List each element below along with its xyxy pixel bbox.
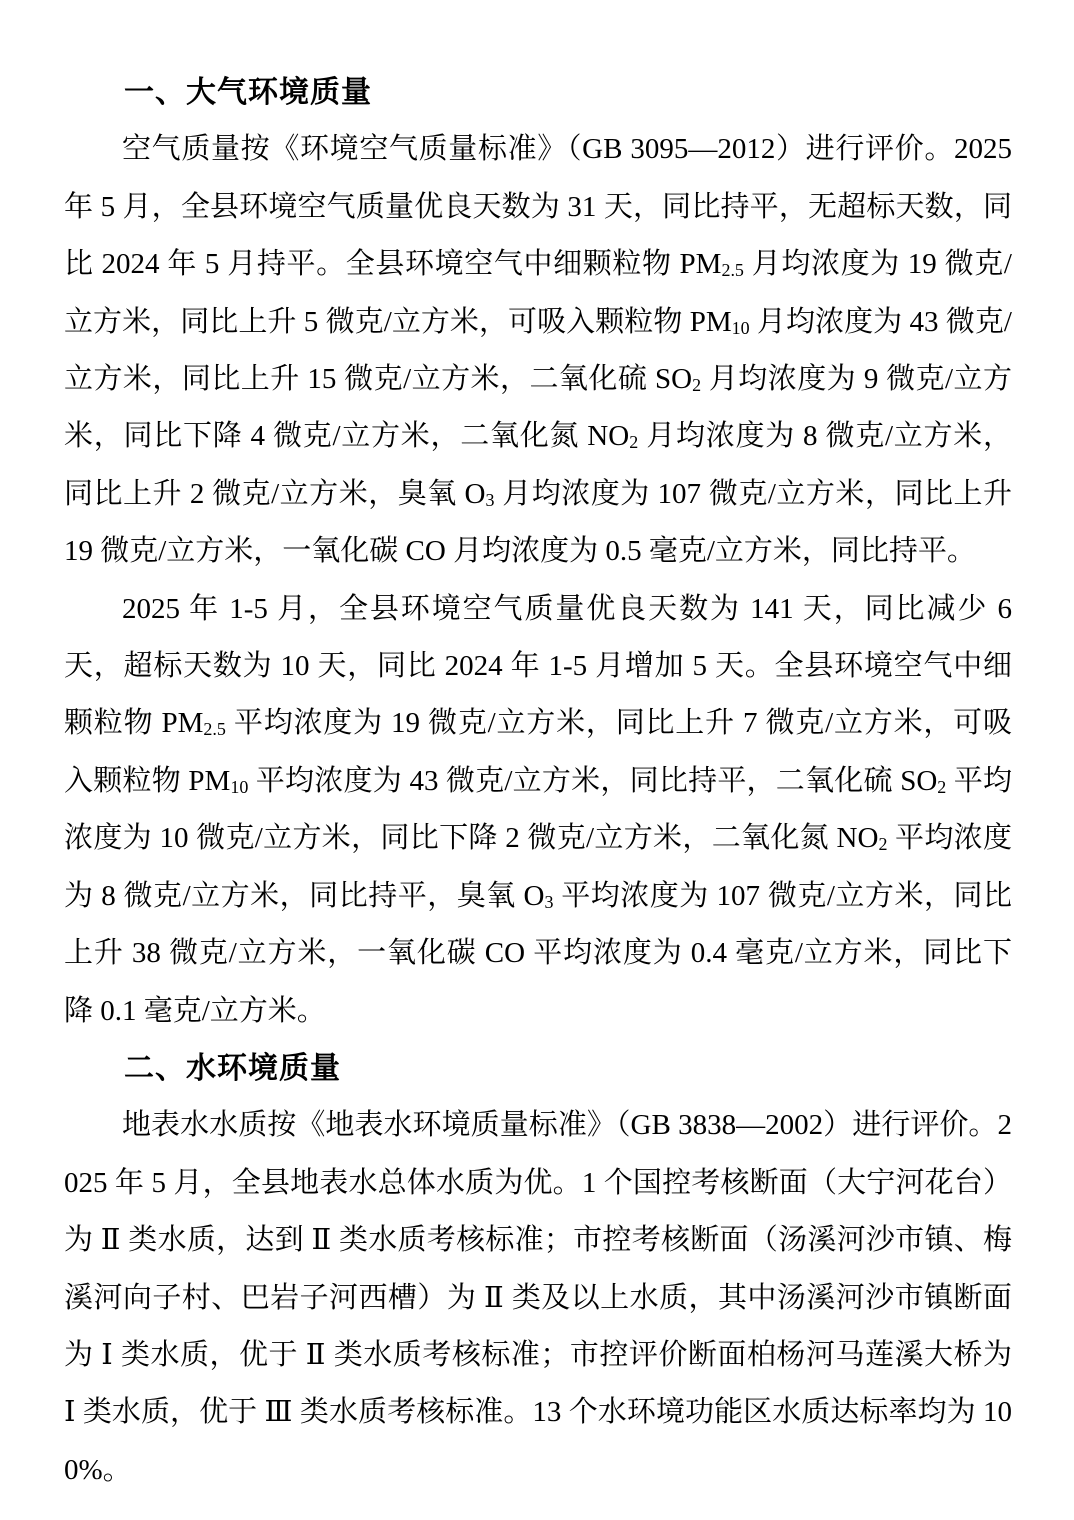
section-heading-water-quality: 二、水环境质量 [64, 1040, 1012, 1097]
subscript-text: 2 [937, 777, 946, 797]
paragraph-air-quality-cumulative: 2025 年 1-5 月，全县环境空气质量优良天数为 141 天，同比减少 6 … [64, 581, 1012, 1040]
subscript-text: 10 [732, 318, 750, 338]
document-page: 一、大气环境质量 空气质量按《环境空气质量标准》（GB 3095—2012）进行… [0, 0, 1074, 1520]
section-air-quality: 一、大气环境质量 空气质量按《环境空气质量标准》（GB 3095—2012）进行… [64, 64, 1012, 1040]
paragraph-water-quality: 地表水水质按《地表水环境质量标准》（GB 3838—2002）进行评价。2025… [64, 1097, 1012, 1499]
subscript-text: 2 [878, 835, 887, 855]
section-water-quality: 二、水环境质量 地表水水质按《地表水环境质量标准》（GB 3838—2002）进… [64, 1040, 1012, 1499]
section-heading-air-quality: 一、大气环境质量 [64, 64, 1012, 121]
subscript-text: 3 [485, 490, 494, 510]
subscript-text: 3 [544, 892, 553, 912]
paragraph-air-quality-monthly: 空气质量按《环境空气质量标准》（GB 3095—2012）进行评价。2025 年… [64, 121, 1012, 580]
subscript-text: 2.5 [203, 720, 225, 740]
subscript-text: 10 [230, 777, 248, 797]
subscript-text: 2 [692, 375, 701, 395]
subscript-text: 2.5 [721, 260, 743, 280]
subscript-text: 2 [629, 433, 638, 453]
